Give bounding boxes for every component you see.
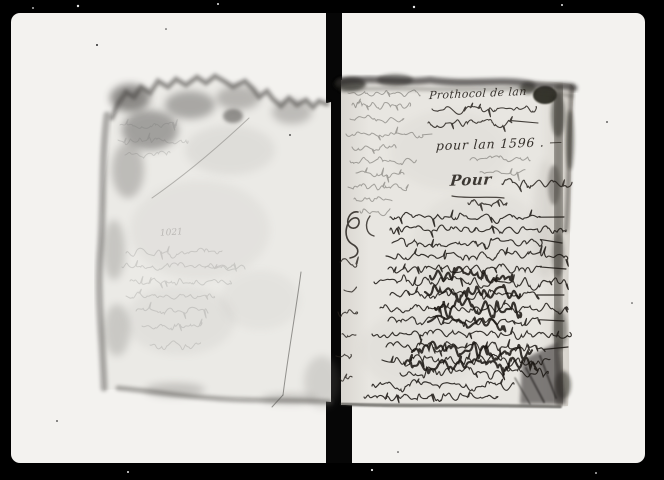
gutter-strip-lower	[326, 398, 352, 463]
manuscript-heading-word: Pour	[449, 170, 492, 190]
manuscript-scan: Prothocol de lan pour lan 1596 . — Pour …	[0, 0, 664, 480]
scan-artwork	[0, 0, 664, 480]
left-page-faint-number: 1021	[160, 227, 184, 239]
right-page	[334, 74, 574, 408]
left-page	[99, 75, 340, 408]
